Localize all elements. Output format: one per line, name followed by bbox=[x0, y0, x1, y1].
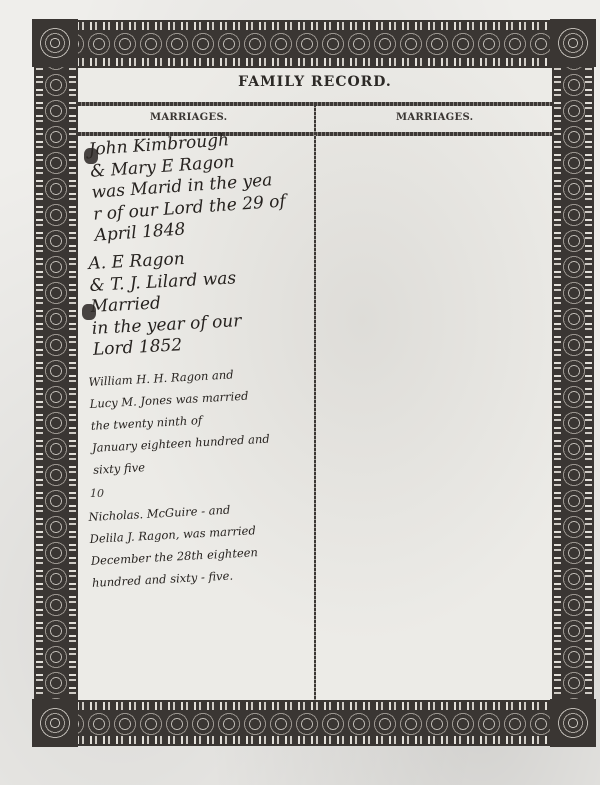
marriage-entry: A. E Ragon & T. J. Lilard was Married in… bbox=[88, 242, 315, 361]
corner-rosette-icon bbox=[550, 19, 596, 67]
ornamental-border-top bbox=[34, 20, 594, 68]
corner-rosette-icon bbox=[32, 699, 78, 747]
column-header-marriages-right: MARRIAGES. bbox=[396, 112, 473, 123]
marriage-entry: Nicholas. McGuire - and Delila J. Ragon,… bbox=[88, 494, 314, 593]
marriage-entry: John Kimbrough & Mary E Ragon was Marid … bbox=[88, 125, 317, 248]
corner-rosette-icon bbox=[550, 699, 596, 747]
corner-rosette-icon bbox=[32, 19, 78, 67]
column-header-marriages-left: MARRIAGES. bbox=[150, 112, 227, 123]
ornamental-border-left bbox=[34, 20, 78, 746]
ornamental-border-bottom bbox=[34, 700, 594, 746]
record-panel: FAMILY RECORD. MARRIAGES. MARRIAGES. Joh… bbox=[78, 68, 552, 700]
ink-blot bbox=[84, 148, 98, 164]
marriage-entry: William H. H. Ragon and Lucy M. Jones wa… bbox=[88, 359, 315, 480]
ornamental-border-right bbox=[552, 20, 594, 746]
ink-blot bbox=[82, 304, 96, 320]
marriage-entries-right-empty bbox=[318, 138, 550, 698]
marriage-entries-left: John Kimbrough & Mary E Ragon was Marid … bbox=[88, 140, 310, 600]
scanned-page: FAMILY RECORD. MARRIAGES. MARRIAGES. Joh… bbox=[0, 0, 600, 785]
page-title: FAMILY RECORD. bbox=[78, 74, 552, 90]
